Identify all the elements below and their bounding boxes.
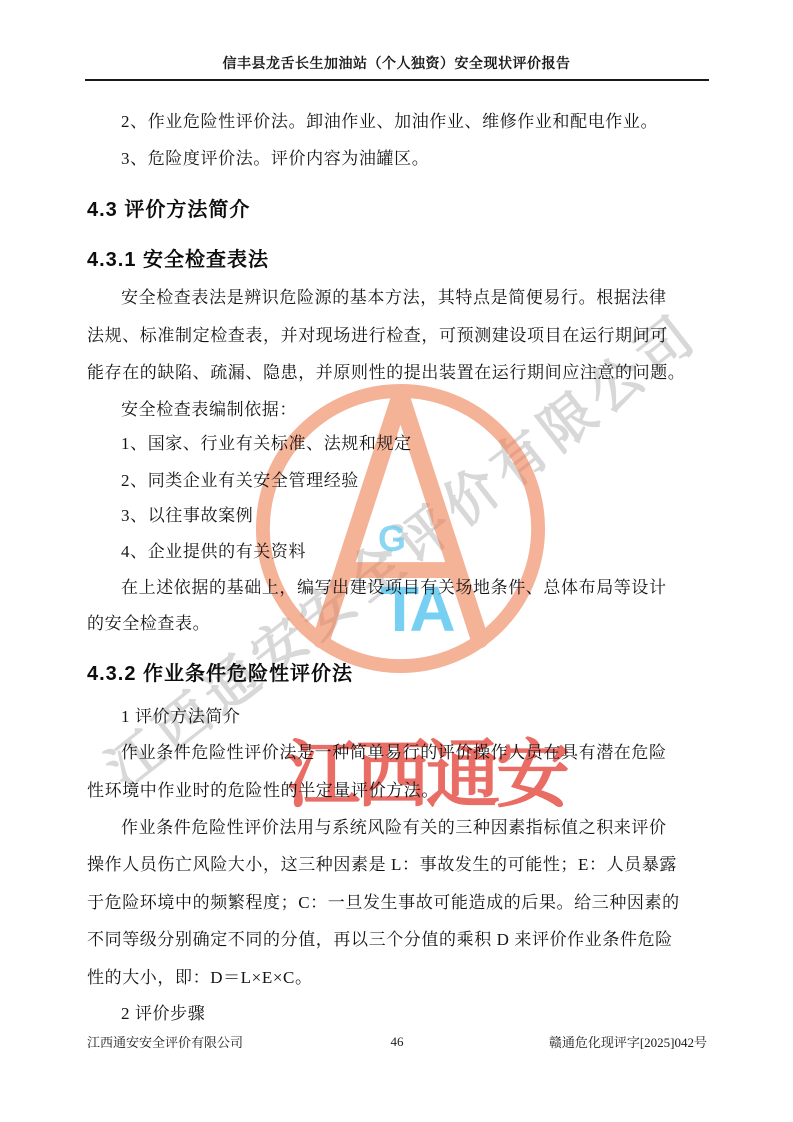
section-heading-4-3-1: 4.3.1 安全检查表法 (87, 243, 707, 272)
body-line: 的安全检查表。 (87, 613, 707, 635)
body-line: 1 评价方法简介 (87, 706, 741, 728)
report-page: 江西通安安全评价有限公司 G TA 江西通安 信丰县龙舌长生加油站（个人独资）安… (0, 0, 793, 1122)
body-line: 2 评价步骤 (87, 1003, 741, 1025)
body-line: 在上述依据的基础上，编写出建设项目有关场地条件、总体布局等设计 (87, 577, 741, 599)
section-heading-4-3-2: 4.3.2 作业条件危险性评价法 (87, 657, 707, 686)
body-line: 法规、标准制定检查表，并对现场进行检查，可预测建设项目在运行期间可 (87, 325, 707, 347)
body-line: 操作人员伤亡风险大小，这三种因素是 L：事故发生的可能性；E：人员暴露 (87, 854, 707, 876)
body-line: 作业条件危险性评价法是一种简单易行的评价操作人员在具有潜在危险 (87, 742, 741, 764)
body-line: 不同等级分别确定不同的分值，再以三个分值的乘积 D 来评价作业条件危险 (87, 929, 707, 951)
list-item-line: 4、企业提供的有关资料 (87, 541, 741, 563)
page-footer: 江西通安安全评价有限公司 46 赣通危化现评字[2025]042号 (87, 1032, 707, 1052)
list-item-line: 2、同类企业有关安全管理经验 (87, 470, 741, 492)
header-rule (85, 79, 709, 81)
body-line: 性的大小，即：D＝L×E×C。 (87, 967, 707, 989)
body-line: 2、作业危险性评价法。卸油作业、加油作业、维修作业和配电作业。 (87, 111, 741, 133)
body-line: 安全检查表编制依据： (87, 399, 741, 421)
list-item-line: 1、国家、行业有关标准、法规和规定 (87, 433, 741, 455)
body-line: 能存在的缺陷、疏漏、隐患，并原则性的提出装置在运行期间应注意的问题。 (87, 362, 707, 384)
section-heading-4-3: 4.3 评价方法简介 (87, 193, 707, 222)
page-content: 信丰县龙舌长生加油站（个人独资）安全现状评价报告 2、作业危险性评价法。卸油作业… (0, 0, 793, 1122)
footer-doc-number: 赣通危化现评字[2025]042号 (549, 1032, 707, 1051)
list-item-line: 3、以往事故案例 (87, 505, 741, 527)
body-line: 3、危险度评价法。评价内容为油罐区。 (87, 148, 741, 170)
body-line: 性环境中作业时的危险性的半定量评价方法。 (87, 780, 707, 802)
body-line: 作业条件危险性评价法用与系统风险有关的三种因素指标值之积来评价 (87, 817, 741, 839)
page-header-title: 信丰县龙舌长生加油站（个人独资）安全现状评价报告 (0, 53, 793, 73)
body-line: 于危险环境中的频繁程度；C：一旦发生事故可能造成的后果。给三种因素的 (87, 892, 707, 914)
body-line: 安全检查表法是辨识危险源的基本方法，其特点是简便易行。根据法律 (87, 287, 741, 309)
